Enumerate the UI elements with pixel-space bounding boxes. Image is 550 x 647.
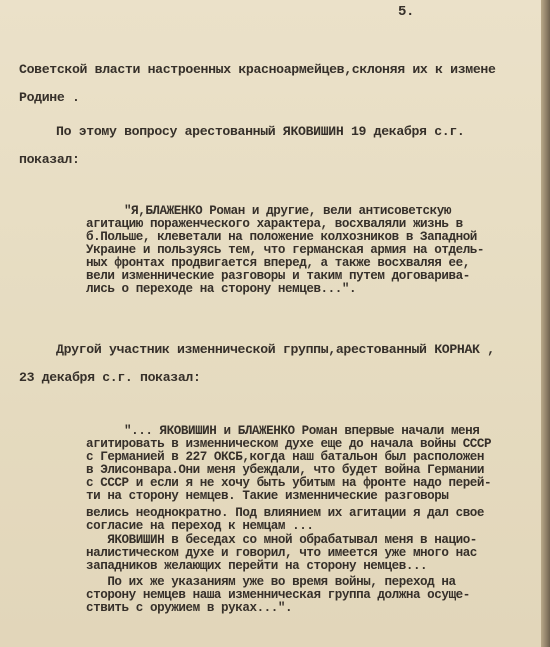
page-number: 5. (398, 5, 414, 19)
quote-line: ти на сторону немцев. Такие изменнически… (86, 490, 448, 504)
paragraph-line: По этому вопросу арестованный ЯКОВИШИН 1… (56, 125, 464, 139)
paragraph-line: Советской власти настроенных красноармей… (19, 63, 496, 77)
quote-line: согласие на переход к немцам ... (86, 520, 313, 534)
quote-line: ствить с оружием в руках...". (86, 602, 292, 616)
paragraph-line: 23 декабря с.г. показал: (19, 371, 201, 385)
paragraph-line: показал: (19, 153, 80, 167)
quote-line: лись о переходе на сторону немцев...". (86, 283, 356, 297)
paragraph-line: Родине . (19, 91, 80, 105)
page-edge-shadow (541, 0, 550, 647)
paragraph-line: Другой участник изменнической группы,аре… (56, 343, 495, 357)
quote-line: западников желающих перейти на сторону н… (86, 560, 427, 574)
